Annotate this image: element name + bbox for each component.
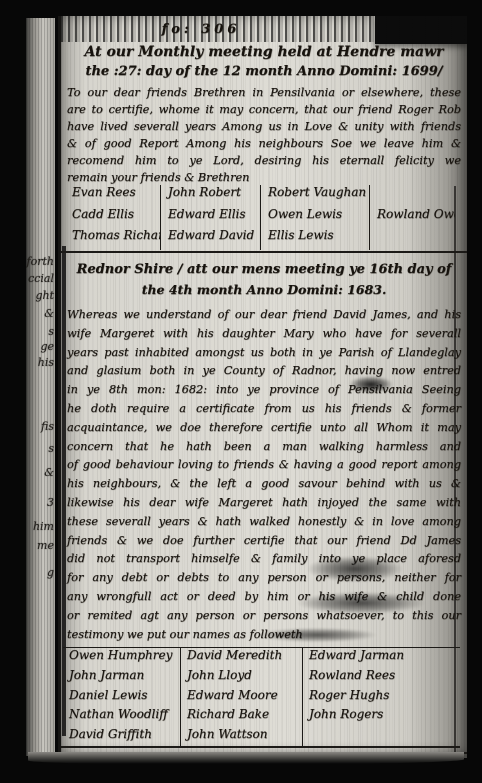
body-line: wife Margeret with his daughter Mary who… [67,325,461,344]
signature-cell: David Griffith [63,727,181,747]
signature-cell [303,727,460,747]
entry2-heading-line1: Rednor Shire / att our mens meeting ye 1… [71,262,457,277]
body-line: he doth require a certificate from us hi… [67,400,461,419]
body-line: concern that he hath been a man walking … [67,438,461,457]
signature-cell: Evan Rees [65,185,161,207]
signature-cell: Roger Hughs [303,688,460,708]
signature-cell: Edward Jarman [303,648,460,668]
margin-fragment: forth [27,255,54,268]
margin-fragment: me [37,539,54,552]
signature-cell [370,228,455,250]
page-bottom-edge [28,752,464,764]
entry1-heading-line2: the :27: day of the 12 month Anno Domini… [71,64,457,79]
signature-cell: Owen Humphrey [63,648,181,668]
entry1-signature-table: Evan Rees John Robert Robert Vaughan Cad… [65,185,455,250]
body-line: recomend him to ye Lord, desiring his et… [67,152,461,169]
body-line: any wrongfull act or deed by him or his … [67,588,461,607]
signature-cell: Cadd Ellis [65,207,161,229]
entry2-heading-line2: the 4th month Anno Domini: 1683. [71,282,457,297]
body-line: To our dear friends Brethren in Pensilva… [67,84,461,101]
margin-fragment: him [33,520,54,533]
signature-cell [370,185,455,207]
body-line: of good behaviour loving to friends & ha… [67,456,461,475]
signature-cell: Rowland Owen [370,207,455,229]
margin-fragment: his [38,356,54,369]
entry1-body: To our dear friends Brethren in Pensilva… [67,84,461,186]
body-line: likewise his dear wife Margeret hath inj… [67,494,461,513]
signature-cell: Edward David [161,228,261,250]
body-line: or remited agt any person or persons wha… [67,607,461,626]
body-line: his neighbours, & the left a good savour… [67,475,461,494]
body-line: and glasium both in ye County of Radnor,… [67,362,461,381]
body-line: have lived severall years Among us in Lo… [67,118,461,135]
signature-cell: Rowland Rees [303,668,460,688]
signature-cell: Edward Ellis [161,207,261,229]
margin-fragment: s [48,325,54,338]
entry2-signature-table: Owen Humphrey David Meredith Edward Jarm… [63,647,460,747]
signature-cell: John Wattson [181,727,303,747]
scanned-manuscript-page: forth ccial ght & s ge his fis s & 3 him… [0,0,482,783]
body-line: remain your friends & Brethren [67,169,461,186]
manuscript-page: fo: 306 At our Monthly meeting held at H… [58,16,467,758]
signature-cell: Robert Vaughan [261,185,370,207]
body-line: in ye 8th mon: 1682: into ye province of… [67,381,461,400]
horizontal-rule [61,251,467,253]
horizontal-rule [61,746,460,748]
signature-cell: Ellis Lewis [261,228,370,250]
signature-cell: John Lloyd [181,668,303,688]
signature-cell: John Rogers [303,707,460,727]
entry1-heading-line1: At our Monthly meeting held at Hendre ma… [71,44,457,60]
signature-cell: Thomas Richard [65,228,161,250]
ink-blotch [375,16,467,44]
entry2-body: Whereas we understand of our dear friend… [67,306,461,644]
margin-fragment: fis [41,420,54,433]
body-line: friends & we doe further certifie that o… [67,532,461,551]
body-line: testimony we put our names as followeth [67,626,461,645]
margin-fragment: 3 [47,496,54,509]
signature-cell: John Robert [161,185,261,207]
body-line: are to certifie, whome it may concern, t… [67,101,461,118]
body-line: these severall years & hath walked hones… [67,513,461,532]
margin-fragment: & [44,307,54,320]
signature-cell: Nathan Woodliff [63,707,181,727]
margin-fragment: ge [40,340,54,353]
signature-cell: Owen Lewis [261,207,370,229]
facing-page-edge: forth ccial ght & s ge his fis s & 3 him… [26,18,55,756]
signature-cell: David Meredith [181,648,303,668]
body-line: & of good Report Among his neighbours So… [67,135,461,152]
signature-cell: Daniel Lewis [63,688,181,708]
margin-fragment: & [44,466,54,479]
body-line: years past inhabited amongst us both in … [67,344,461,363]
body-line: acquaintance, we doe therefore certifie … [67,419,461,438]
margin-fragment: g [47,566,54,579]
signature-cell: Richard Bake [181,707,303,727]
folio-number: fo: 306 [61,22,341,37]
body-line: Whereas we understand of our dear friend… [67,306,461,325]
body-line: for any debt or debts to any person or p… [67,569,461,588]
signature-cell: John Jarman [63,668,181,688]
margin-fragment: ght [35,289,54,302]
margin-fragment: s [48,442,54,455]
margin-fragment: ccial [28,272,54,285]
body-line: did not transport himselfe & family into… [67,550,461,569]
signature-cell: Edward Moore [181,688,303,708]
